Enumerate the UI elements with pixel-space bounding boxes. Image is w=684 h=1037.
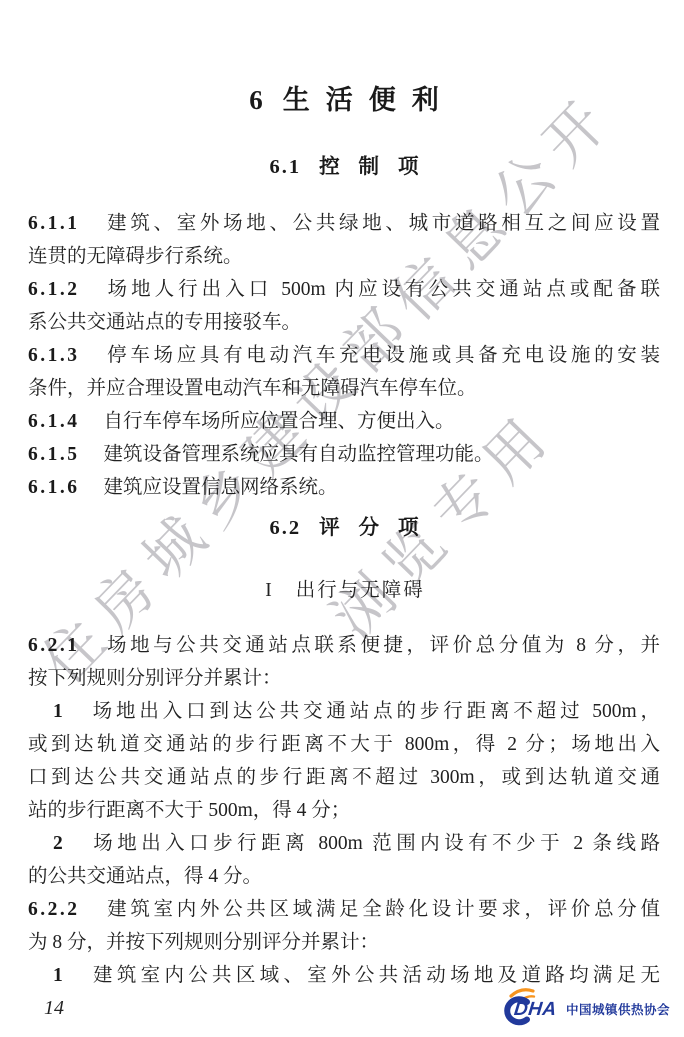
number-label: 2 xyxy=(53,833,63,854)
heading-number: 6.1 xyxy=(269,156,301,178)
number-label: 6.1.5 xyxy=(28,444,80,465)
text-line: 条件，并应合理设置电动汽车和无障碍汽车停车位。 xyxy=(28,372,660,405)
heading-title: 控制项 xyxy=(319,156,438,178)
number-label: 6.1.3 xyxy=(28,345,80,366)
document-body: 6生活便利6.1控制项6.1.1建筑、室外场地、公共绿地、城市道路相互之间应设置… xyxy=(28,0,660,992)
number-label: 1 xyxy=(53,965,63,986)
section-heading: 6.1控制项 xyxy=(28,153,660,181)
clause-6.2.1: 6.2.1场地与公共交通站点联系便捷，评价总分值为 8 分，并按下列规则分别评分… xyxy=(28,629,660,695)
subsection-title: 出行与无障碍 xyxy=(296,580,425,601)
clause-6.1.4: 6.1.4自行车停车场所应位置合理、方便出入。 xyxy=(28,405,660,438)
association-name: 中国城镇供热协会 xyxy=(566,1000,670,1018)
item-1: 1场地出入口到达公共交通站点的步行距离不超过 500m，或到达轨道交通站的步行距… xyxy=(28,695,660,827)
text-line: 按下列规则分别评分并累计： xyxy=(28,662,660,695)
chapter-heading: 6生活便利 xyxy=(28,0,660,116)
item-2: 2场地出入口步行距离 800m 范围内设有不少于 2 条线路的公共交通站点，得 … xyxy=(28,827,660,893)
text-line: 为 8 分，并按下列规则分别评分并累计： xyxy=(28,926,660,959)
number-label: 1 xyxy=(53,701,63,722)
text-line: 6.1.6建筑应设置信息网络系统。 xyxy=(28,471,660,504)
heading-number: 6 xyxy=(249,85,265,115)
text-line: 6.1.2场地人行出入口 500m 内应设有公共交通站点或配备联 xyxy=(28,273,660,306)
text-line: 1场地出入口到达公共交通站点的步行距离不超过 500m， xyxy=(28,695,660,728)
number-label: 6.2.1 xyxy=(28,635,80,656)
number-label: 6.2.2 xyxy=(28,899,80,920)
clause-6.1.5: 6.1.5建筑设备管理系统应具有自动监控管理功能。 xyxy=(28,438,660,471)
number-label: 6.1.6 xyxy=(28,477,80,498)
section-heading: 6.2评分项 xyxy=(28,514,660,542)
clause-6.1.6: 6.1.6建筑应设置信息网络系统。 xyxy=(28,471,660,504)
text-line: 6.1.3停车场应具有电动汽车充电设施或具备充电设施的安装 xyxy=(28,339,660,372)
text-line: 连贯的无障碍步行系统。 xyxy=(28,240,660,273)
text-line: 6.1.4自行车停车场所应位置合理、方便出入。 xyxy=(28,405,660,438)
number-label: 6.1.1 xyxy=(28,213,80,234)
association-logo: DHA 中国城镇供热协会 xyxy=(497,988,670,1026)
dha-logo-abbr: DHA xyxy=(513,999,558,1021)
text-line: 6.2.1场地与公共交通站点联系便捷，评价总分值为 8 分，并 xyxy=(28,629,660,662)
clause-6.2.2: 6.2.2建筑室内外公共区域满足全龄化设计要求，评价总分值为 8 分，并按下列规… xyxy=(28,893,660,959)
text-line: 6.1.1建筑、室外场地、公共绿地、城市道路相互之间应设置 xyxy=(28,207,660,240)
text-line: 2场地出入口步行距离 800m 范围内设有不少于 2 条线路 xyxy=(28,827,660,860)
text-line: 或到达轨道交通站的步行距离不大于 800m，得 2 分；场地出入 xyxy=(28,728,660,761)
text-line: 6.2.2建筑室内外公共区域满足全龄化设计要求，评价总分值 xyxy=(28,893,660,926)
number-label: 6.1.2 xyxy=(28,279,80,300)
clause-6.1.1: 6.1.1建筑、室外场地、公共绿地、城市道路相互之间应设置连贯的无障碍步行系统。 xyxy=(28,207,660,273)
text-line: 的公共交通站点，得 4 分。 xyxy=(28,860,660,893)
subsection-heading: I出行与无障碍 xyxy=(28,577,660,605)
text-line: 系公共交通站点的专用接驳车。 xyxy=(28,306,660,339)
subsection-numeral: I xyxy=(265,580,272,601)
text-line: 口到达公共交通站点的步行距离不超过 300m，或到达轨道交通 xyxy=(28,761,660,794)
heading-title: 生活便利 xyxy=(283,85,455,115)
text-line: 6.1.5建筑设备管理系统应具有自动监控管理功能。 xyxy=(28,438,660,471)
number-label: 6.1.4 xyxy=(28,411,80,432)
heading-number: 6.2 xyxy=(269,517,301,539)
heading-title: 评分项 xyxy=(319,517,438,539)
clause-6.1.3: 6.1.3停车场应具有电动汽车充电设施或具备充电设施的安装条件，并应合理设置电动… xyxy=(28,339,660,405)
text-line: 站的步行距离不大于 500m，得 4 分； xyxy=(28,794,660,827)
page-number: 14 xyxy=(44,997,64,1020)
clause-6.1.2: 6.1.2场地人行出入口 500m 内应设有公共交通站点或配备联系公共交通站点的… xyxy=(28,273,660,339)
